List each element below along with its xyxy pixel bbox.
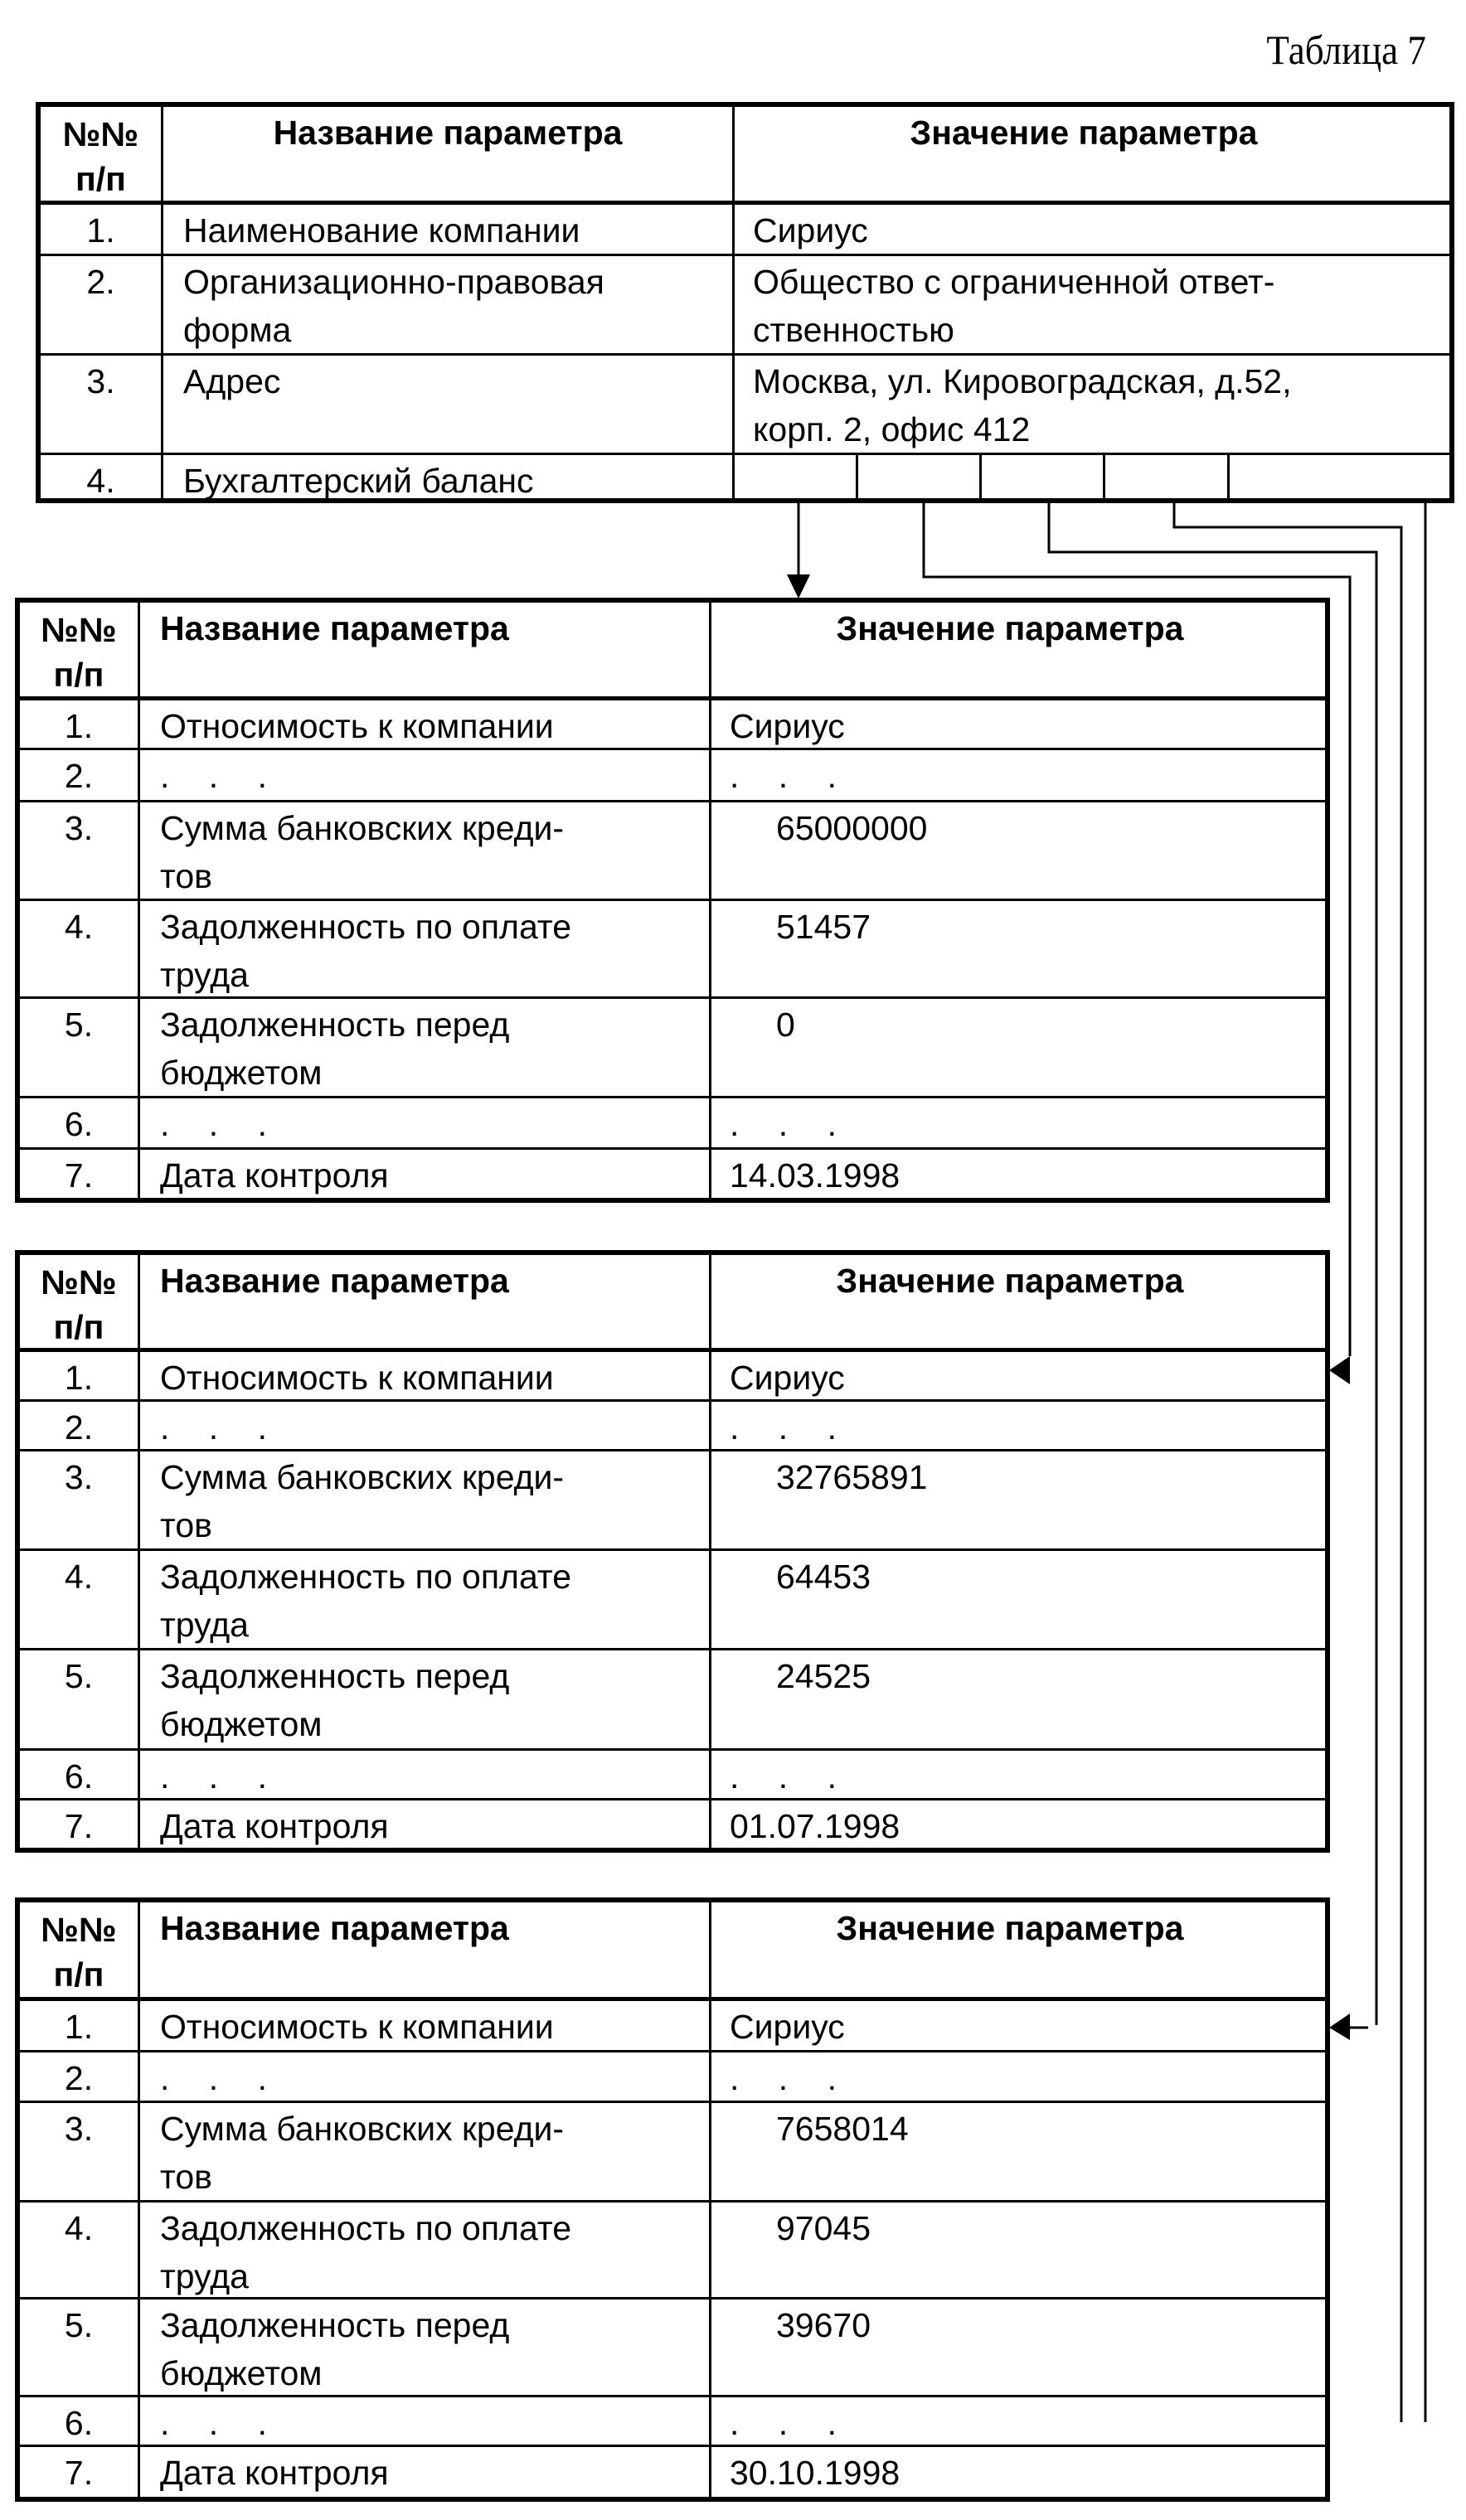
connector-lines bbox=[0, 0, 1466, 2520]
arrow-left-icon bbox=[1329, 1356, 1350, 1384]
arrow-down-icon bbox=[787, 574, 810, 598]
connector-to-balance-2 bbox=[924, 502, 1350, 1356]
connector-to-balance-3 bbox=[1049, 502, 1376, 2025]
arrow-left-icon bbox=[1329, 2014, 1350, 2040]
connector-open-4 bbox=[1174, 502, 1401, 2422]
